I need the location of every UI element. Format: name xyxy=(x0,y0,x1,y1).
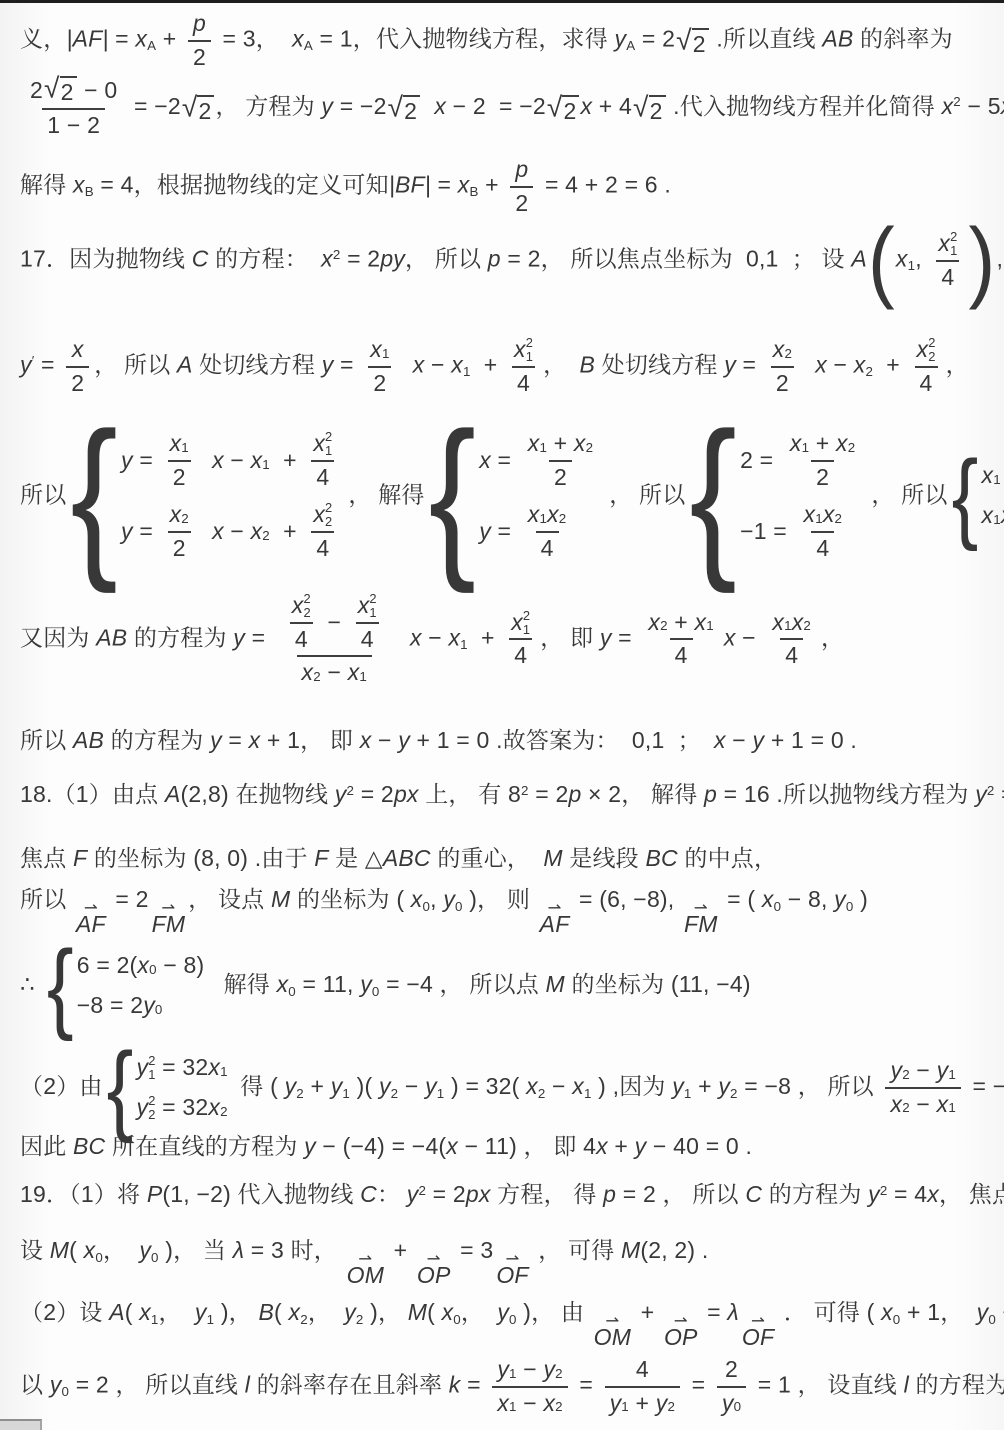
sol17-line-3: 所以{y = x12 x − x1 + x214y = x22 x − x2 +… xyxy=(20,425,1004,567)
cont-line-1: 义，|AF| = xA + p2 = 3， xA = 1，代入抛物线方程，求得 … xyxy=(20,10,953,71)
sol19-line-1: 19．（1）将 P(1, −2) 代入抛物线 C： y2 = 2px 方程， 得… xyxy=(20,1180,1004,1210)
sol17-line-5: 所以 AB 的方程为 y = x + 1， 即 x − y + 1 = 0 .故… xyxy=(20,726,857,756)
document-body: 义，|AF| = xA + p2 = 3， xA = 1，代入抛物线方程，求得 … xyxy=(0,0,1004,1430)
sol18-line-4: ∴{6 = 2(x0 − 8)−8 = 2y0 解得 x0 = 11, y0 =… xyxy=(20,946,751,1026)
bottom-left-corner-artifact xyxy=(0,1419,42,1430)
sol18-line-3: 所以 ⇀AF = 2⇀FM， 设点 M 的坐标为 ( x0, y0 )， 则 ⇀… xyxy=(20,885,868,936)
sol17-line-1: 17．因为抛物线 C 的方程： x2 = 2py， 所以 p = 2， 所以焦点… xyxy=(20,230,1004,291)
cont-line-2: 2√2 − 01 − 2 = −2√2， 方程为 y = −2√2 x − 2 … xyxy=(20,76,1004,139)
sol18-line-5: （2）由{y21 = 32x1y22 = 32x2 得 ( y2 + y1 )(… xyxy=(20,1048,1004,1128)
scanned-document-page: 义，|AF| = xA + p2 = 3， xA = 1，代入抛物线方程，求得 … xyxy=(0,0,1004,1430)
sol18-line-6: 因此 BC 所在直线的方程为 y − (−4) = −4(x − 11) ， 即… xyxy=(20,1132,752,1162)
sol19-line-4: 以 y0 = 2 ， 所以直线 l 的斜率存在且斜率 k = y1 − y2x1… xyxy=(20,1356,1004,1417)
sol18-line-1: 18.（1）由点 A(2,8) 在抛物线 y2 = 2px 上， 有 82 = … xyxy=(20,780,1004,810)
cont-line-3: 解得 xB = 4，根据抛物线的定义可知|BF| = xB + p2 = 4 +… xyxy=(20,156,671,217)
sol18-line-2: 焦点 F 的坐标为 (8, 0) .由于 F 是 △ABC 的重心， M 是线段… xyxy=(20,844,777,874)
sol19-line-2: 设 M( x0， y0 )， 当 λ = 3 时， ⇀OM + ⇀OP = 3⇀… xyxy=(20,1236,708,1287)
sol17-line-4: 又因为 AB 的方程为 y = x224 − x214x2 − x1 x − x… xyxy=(20,592,844,687)
sol17-line-2: y′ = x2， 所以 A 处切线方程 y = x12 x − x1 + x21… xyxy=(20,336,969,397)
sol19-line-3: （2）设 A( x1， y1 )， B( x2， y2 )， M( x0， y0… xyxy=(20,1298,1004,1349)
